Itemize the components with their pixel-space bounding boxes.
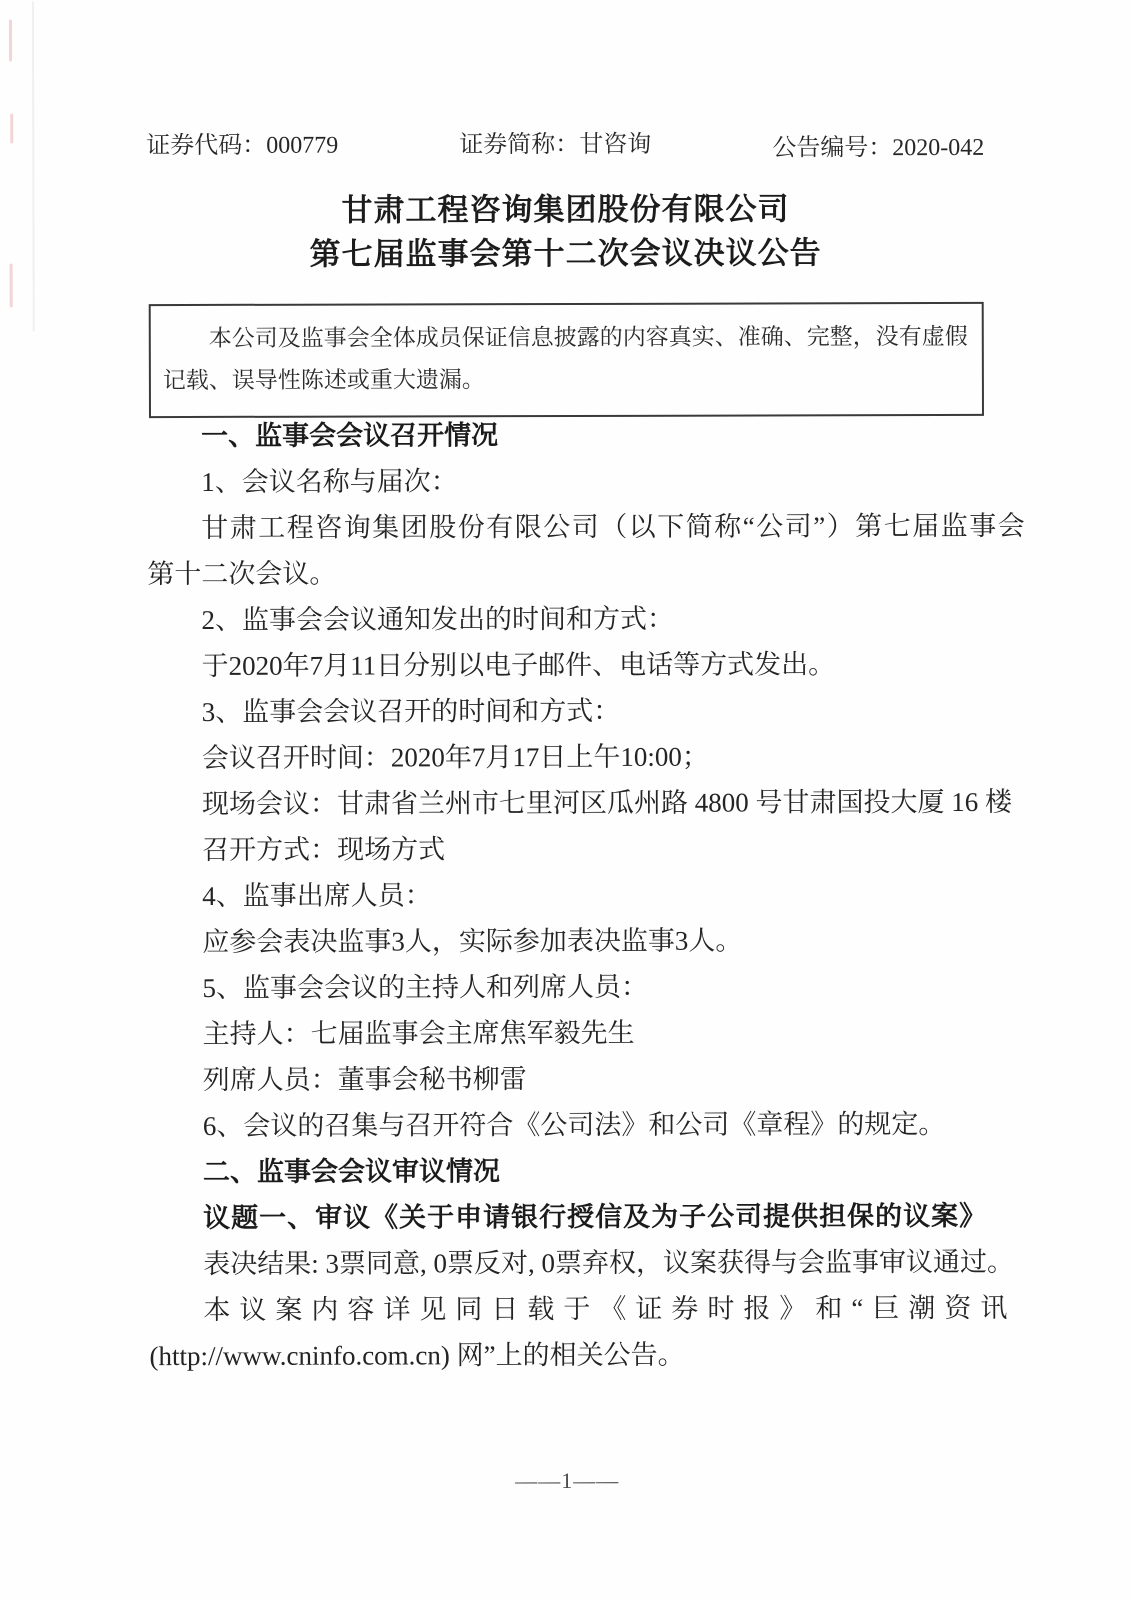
body-paragraph: 主持人：七届监事会主席焦军毅先生 (149, 1009, 987, 1057)
body-paragraph: 召开方式：现场方式 (148, 825, 986, 873)
disclaimer-box: 本公司及监事会全体成员保证信息披露的内容真实、准确、完整，没有虚假记载、误导性陈… (149, 302, 984, 418)
announcement-number: 公告编号：2020-042 (772, 133, 984, 164)
scan-artifact-mark (9, 19, 12, 61)
body-paragraph: 6、会议的召集与召开符合《公司法》和公司《章程》的规定。 (149, 1101, 987, 1149)
section-heading-2: 二、监事会会议审议情况 (149, 1147, 987, 1195)
document-title-line1: 甘肃工程咨询集团股份有限公司 (146, 187, 984, 233)
page-number: ——1—— (2, 1467, 1131, 1496)
document-header-row: 证券代码：000779 证券简称：甘咨询 公告编号：2020-042 (146, 129, 984, 161)
document-title: 甘肃工程咨询集团股份有限公司 第七届监事会第十二次会议决议公告 (146, 187, 984, 277)
body-paragraph: 本议案内容详见同日载于《证券时报》和“巨潮资讯 (149, 1285, 987, 1333)
body-paragraph: 1、会议名称与届次： (147, 457, 985, 505)
scan-artifact-mark (10, 263, 13, 307)
body-paragraph: 于2020年7月11日分别以电子邮件、电话等方式发出。 (148, 641, 986, 689)
body-paragraph: 第十二次会议。 (147, 549, 985, 597)
document-body: 一、监事会会议召开情况 1、会议名称与届次： 甘肃工程咨询集团股份有限公司（以下… (147, 411, 988, 1379)
scan-artifact-line (32, 1, 35, 331)
stock-abbreviation: 证券简称：甘咨询 (459, 130, 651, 161)
vote-result: 表决结果: 3票同意, 0票反对, 0票弃权，议案获得与会监事审议通过。 (149, 1239, 987, 1287)
body-paragraph: (http://www.cninfo.com.cn) 网”上的相关公告。 (149, 1331, 987, 1379)
body-paragraph: 2、监事会会议通知发出的时间和方式： (147, 595, 985, 643)
scan-artifact-mark (10, 113, 13, 143)
disclaimer-text: 本公司及监事会全体成员保证信息披露的内容真实、准确、完整，没有虚假记载、误导性陈… (163, 316, 970, 402)
scanned-document-page: 证券代码：000779 证券简称：甘咨询 公告编号：2020-042 甘肃工程咨… (0, 0, 1131, 1600)
body-paragraph: 会议召开时间：2020年7月17日上午10:00； (148, 733, 986, 781)
body-paragraph: 甘肃工程咨询集团股份有限公司（以下简称“公司”）第七届监事会 (147, 503, 985, 551)
stock-code: 证券代码：000779 (146, 131, 338, 162)
body-paragraph: 3、监事会会议召开的时间和方式： (148, 687, 986, 735)
body-paragraph: 5、监事会会议的主持人和列席人员： (148, 963, 986, 1011)
section-heading-1: 一、监事会会议召开情况 (147, 411, 985, 459)
body-paragraph: 应参会表决监事3人，实际参加表决监事3人。 (148, 917, 986, 965)
proposal-heading: 议题一、审议《关于申请银行授信及为子公司提供担保的议案》 (149, 1193, 987, 1241)
body-paragraph: 列席人员：董事会秘书柳雷 (149, 1055, 987, 1103)
document-title-line2: 第七届监事会第十二次会议决议公告 (147, 231, 985, 277)
body-paragraph: 现场会议：甘肃省兰州市七里河区瓜州路 4800 号甘肃国投大厦 16 楼 (148, 779, 986, 827)
body-paragraph: 4、监事出席人员： (148, 871, 986, 919)
